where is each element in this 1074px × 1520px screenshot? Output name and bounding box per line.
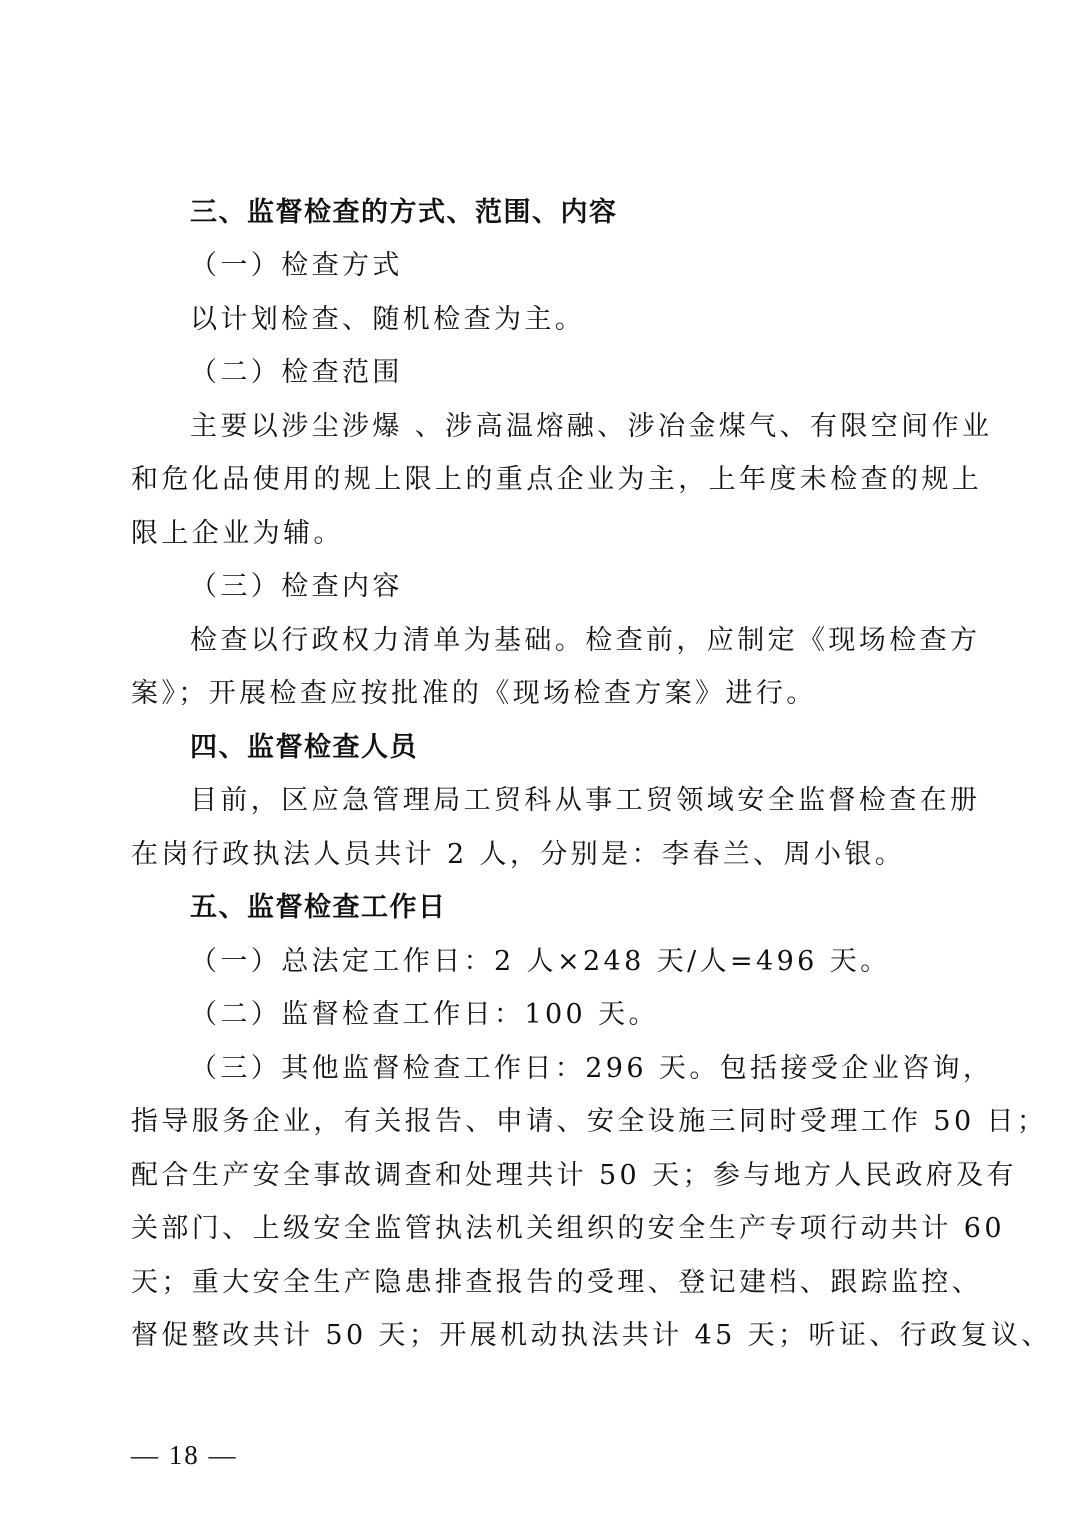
- paragraph-line: 督促整改共计 50 天；开展机动执法共计 45 天；听证、行政复议、: [131, 1319, 1052, 1353]
- section-heading: 五、监督检查工作日: [190, 891, 447, 925]
- paragraph-line: 限上企业为辅。: [131, 517, 344, 551]
- paragraph-line: 在岗行政执法人员共计 2 人，分别是：李春兰、周小银。: [131, 838, 905, 872]
- paragraph-line: （二）监督检查工作日：100 天。: [190, 998, 659, 1032]
- paragraph-line: 天；重大安全生产隐患排查报告的受理、登记建档、跟踪监控、: [131, 1266, 982, 1300]
- paragraph-line: 配合生产安全事故调查和处理共计 50 天；参与地方人民政府及有: [131, 1159, 1017, 1193]
- paragraph-line: 关部门、上级安全监管执法机关组织的安全生产专项行动共计 60: [131, 1212, 1005, 1246]
- paragraph-line: （一）总法定工作日：2 人×248 天/人=496 天。: [190, 945, 891, 979]
- paragraph-line: 案》；开展检查应按批准的《现场检查方案》进行。: [131, 677, 817, 711]
- paragraph-line: 主要以涉尘涉爆 、涉高温熔融、涉冶金煤气、有限空间作业: [190, 410, 992, 444]
- section-heading: 三、监督检查的方式、范围、内容: [190, 196, 618, 230]
- paragraph-line: （三）其他监督检查工作日：296 天。包括接受企业咨询，: [190, 1052, 993, 1086]
- section-heading: 四、监督检查人员: [190, 731, 418, 765]
- paragraph-line: 以计划检查、随机检查为主。: [190, 303, 585, 337]
- paragraph-line: 指导服务企业，有关报告、申请、安全设施三同时受理工作 50 日；: [131, 1105, 1047, 1139]
- paragraph-line: 检查以行政权力清单为基础。检查前，应制定《现场检查方: [190, 624, 980, 658]
- subsection-heading: （一）检查方式: [190, 249, 403, 283]
- page-number: — 18 —: [131, 1440, 238, 1471]
- subsection-heading: （三）检查内容: [190, 570, 403, 604]
- paragraph-line: 目前，区应急管理局工贸科从事工贸领域安全监督检查在册: [190, 784, 980, 818]
- subsection-heading: （二）检查范围: [190, 356, 403, 390]
- paragraph-line: 和危化品使用的规上限上的重点企业为主，上年度未检查的规上: [131, 463, 982, 497]
